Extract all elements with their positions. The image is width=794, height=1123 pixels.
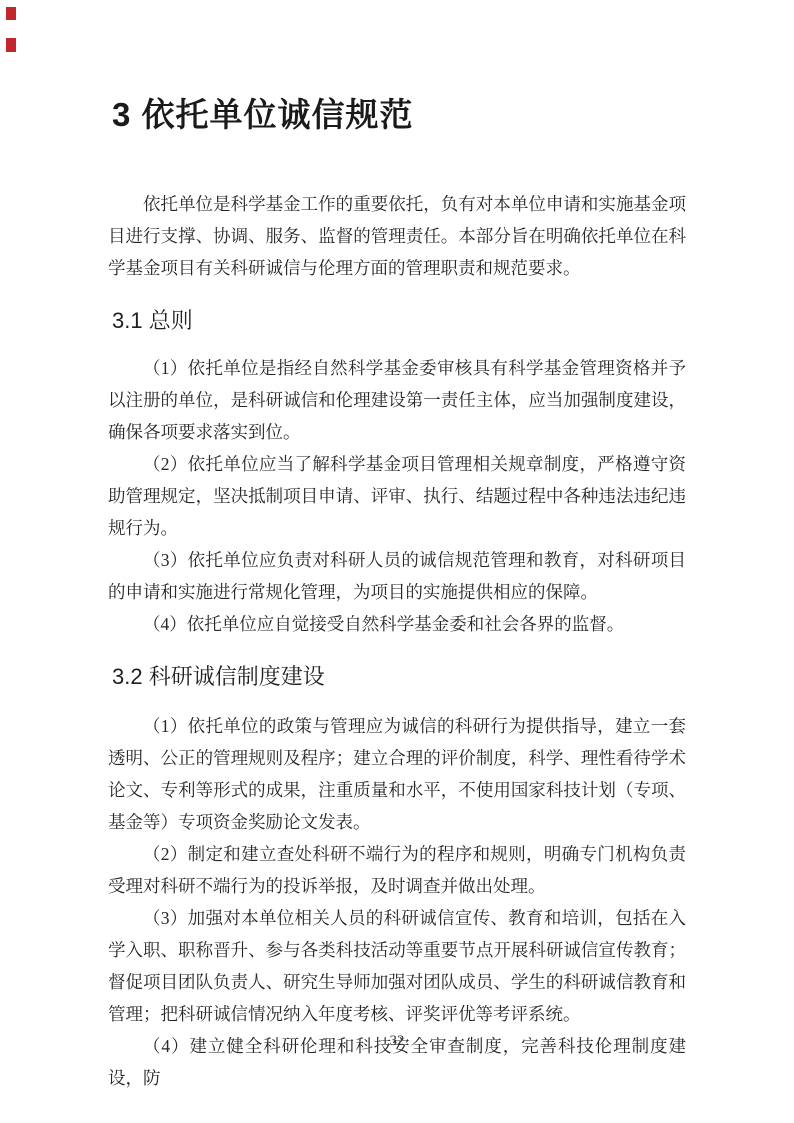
paragraph: （1）依托单位是指经自然科学基金委审核具有科学基金管理资格并予以注册的单位，是科… (108, 352, 686, 448)
document-page: 3 依托单位诚信规范 依托单位是科学基金工作的重要依托，负有对本单位申请和实施基… (0, 0, 794, 1123)
paragraph: （3）加强对本单位相关人员的科研诚信宣传、教育和培训，包括在入学入职、职称晋升、… (108, 902, 686, 1030)
paragraph: （2）依托单位应当了解科学基金项目管理相关规章制度，严格遵守资助管理规定，坚决抵… (108, 448, 686, 544)
red-scan-artifact-icon (6, 7, 16, 20)
paragraph: （2）制定和建立查处科研不端行为的程序和规则，明确专门机构负责受理对科研不端行为… (108, 838, 686, 902)
intro-paragraph: 依托单位是科学基金工作的重要依托，负有对本单位申请和实施基金项目进行支撑、协调、… (108, 188, 686, 284)
red-scan-artifact-icon (6, 38, 16, 52)
paragraph: （1）依托单位的政策与管理应为诚信的科研行为提供指导，建立一套透明、公正的管理规… (108, 710, 686, 838)
chapter-title: 3 依托单位诚信规范 (112, 92, 794, 138)
page-content: 依托单位是科学基金工作的重要依托，负有对本单位申请和实施基金项目进行支撑、协调、… (0, 188, 794, 1094)
page-number: 32 (0, 1033, 794, 1050)
paragraph: （4）依托单位应自觉接受自然科学基金委和社会各界的监督。 (108, 608, 686, 640)
section-heading-general-rules: 3.1 总则 (112, 306, 686, 336)
section-heading-integrity-system: 3.2 科研诚信制度建设 (112, 662, 686, 692)
paragraph: （3）依托单位应负责对科研人员的诚信规范管理和教育，对科研项目的申请和实施进行常… (108, 544, 686, 608)
